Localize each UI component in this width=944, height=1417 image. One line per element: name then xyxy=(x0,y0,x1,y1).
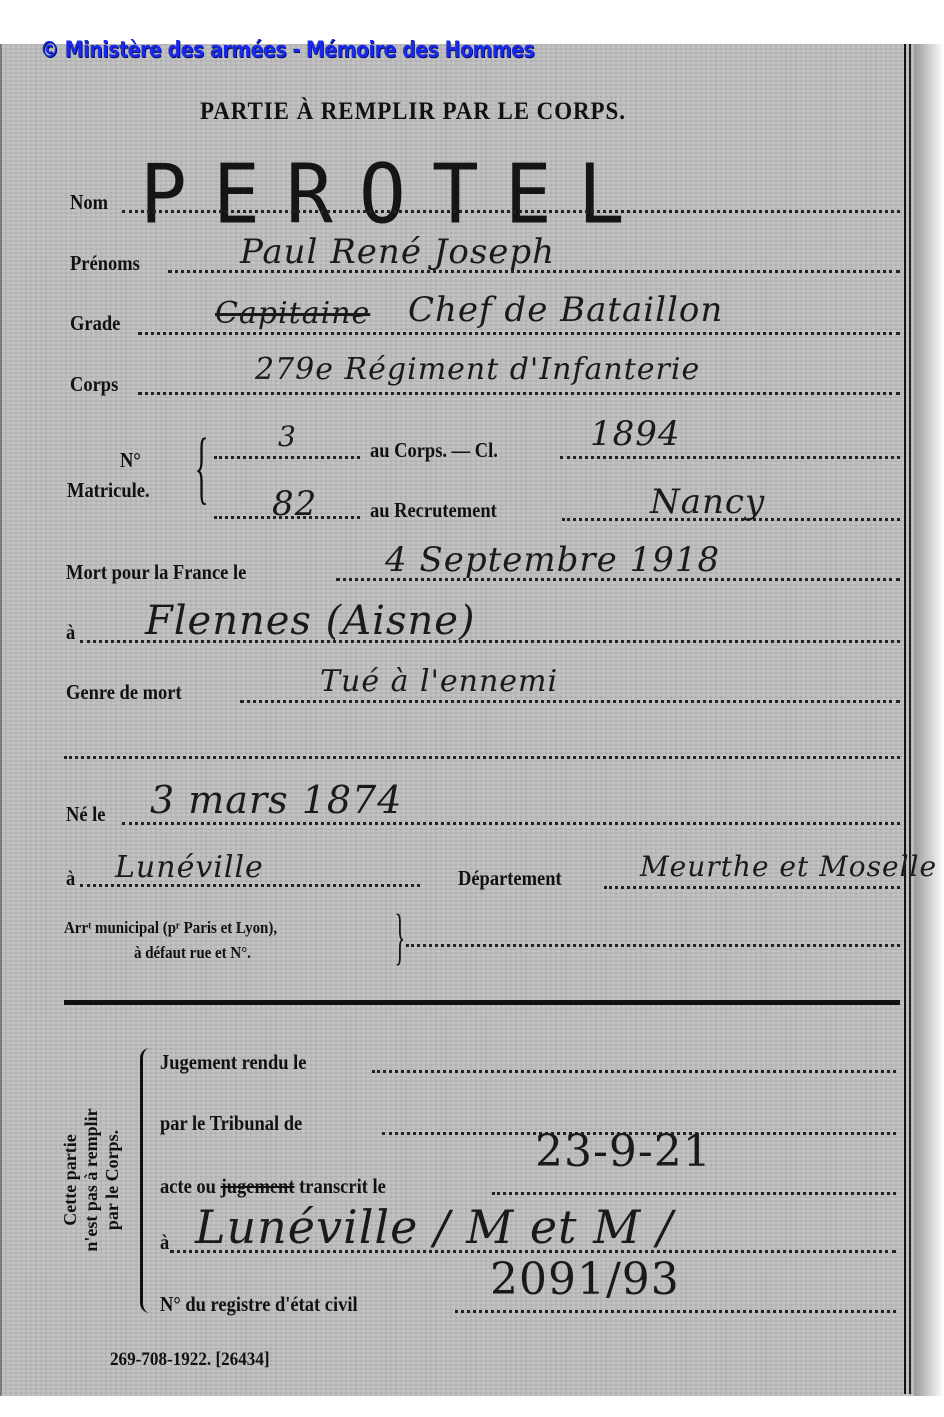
card-border-right xyxy=(904,44,907,1394)
ne-le-line xyxy=(122,822,900,825)
registre-label: N° du registre d'état civil xyxy=(160,1292,358,1317)
side-note-line2: n'est pas à remplir xyxy=(81,1070,102,1290)
jugement-label: Jugement rendu le xyxy=(160,1050,306,1075)
matricule-label: Matricule. xyxy=(67,478,150,503)
copyright-watermark: © Ministère des armées - Mémoire des Hom… xyxy=(40,38,534,63)
mort-line xyxy=(336,578,900,581)
classe-value: 1894 xyxy=(590,414,681,454)
recrutement-lieu-value: Nancy xyxy=(650,482,765,522)
mort-label: Mort pour la France le xyxy=(66,560,246,585)
arrondissement-label-line1: Arrᵗ municipal (pʳ Paris et Lyon), xyxy=(64,918,277,938)
matricule-brace: { xyxy=(195,420,209,514)
nom-label: Nom xyxy=(70,190,108,215)
departement-label: Département xyxy=(458,866,562,891)
recrutement-line xyxy=(562,518,900,521)
au-corps-label: au Corps. — Cl. xyxy=(370,438,498,463)
ne-le-value: 3 mars 1874 xyxy=(150,778,402,822)
corps-line xyxy=(138,392,900,395)
genre-mort-line xyxy=(240,700,900,703)
side-note: Cette partie n'est pas à remplir par le … xyxy=(60,1070,123,1290)
grade-label: Grade xyxy=(70,311,120,336)
nom-value: PEROTEL xyxy=(140,148,651,243)
scan-edge xyxy=(914,44,944,1396)
arrondissement-brace: } xyxy=(395,902,405,973)
section-divider xyxy=(64,1000,900,1005)
au-recrutement-value: 82 xyxy=(272,484,317,524)
lieu-mort-value: Flennes (Aisne) xyxy=(145,598,476,644)
section-brace xyxy=(140,1048,155,1313)
tribunal-label: par le Tribunal de xyxy=(160,1111,302,1136)
transcrit-suffix: transcrit le xyxy=(294,1174,385,1198)
au-corps-value: 3 xyxy=(278,420,297,453)
ne-le-label: Né le xyxy=(66,802,106,827)
au-recrutement-label: au Recrutement xyxy=(370,498,497,523)
lieu-naissance-line xyxy=(80,884,420,887)
blank-line xyxy=(64,756,900,759)
lieu-transcription-value: Lunéville / M et M / xyxy=(195,1200,673,1254)
numero-label: N° xyxy=(120,448,141,473)
genre-mort-value: Tué à l'ennemi xyxy=(320,664,558,699)
transcrit-line xyxy=(492,1192,896,1195)
mort-value: 4 Septembre 1918 xyxy=(385,540,720,580)
arrondissement-label-line2: à défaut rue et N°. xyxy=(134,943,251,963)
form-title: PARTIE À REMPLIR PAR LE CORPS. xyxy=(200,98,626,126)
corps-label: Corps xyxy=(70,372,118,397)
lieu-mort-label: à xyxy=(66,620,75,645)
corps-value: 279e Régiment d'Infanterie xyxy=(255,352,700,387)
lieu-transcription-line xyxy=(170,1250,896,1253)
departement-value: Meurthe et Moselle xyxy=(640,850,937,883)
prenoms-line xyxy=(168,270,900,273)
jugement-line xyxy=(372,1070,896,1073)
lieu-naissance-label: à xyxy=(66,866,75,891)
genre-mort-label: Genre de mort xyxy=(66,680,182,705)
side-note-line1: Cette partie xyxy=(60,1070,81,1290)
lieu-mort-line xyxy=(80,640,900,643)
form-print-reference: 269-708-1922. [26434] xyxy=(110,1349,270,1371)
transcrit-value: 23-9-21 xyxy=(535,1126,712,1177)
au-corps-line xyxy=(214,456,360,459)
card-border-right-inner xyxy=(909,44,912,1394)
nom-line xyxy=(122,210,900,213)
prenoms-value: Paul René Joseph xyxy=(240,232,555,272)
registre-value: 2091/93 xyxy=(490,1254,680,1305)
grade-line xyxy=(138,332,900,335)
prenoms-label: Prénoms xyxy=(70,251,140,276)
transcrit-label: acte ou jugement transcrit le xyxy=(160,1174,386,1199)
arrondissement-line xyxy=(406,944,900,947)
transcrit-struck: jugement xyxy=(221,1174,295,1198)
transcrit-prefix: acte ou xyxy=(160,1174,221,1198)
lieu-transcription-label: à xyxy=(160,1230,169,1255)
classe-line xyxy=(560,456,900,459)
grade-value: Chef de Bataillon xyxy=(408,290,723,330)
departement-line xyxy=(604,886,900,889)
registre-line xyxy=(455,1310,896,1313)
lieu-naissance-value: Lunéville xyxy=(115,850,264,885)
grade-struck-value: Capitaine xyxy=(215,296,370,331)
side-note-line3: par le Corps. xyxy=(102,1070,123,1290)
